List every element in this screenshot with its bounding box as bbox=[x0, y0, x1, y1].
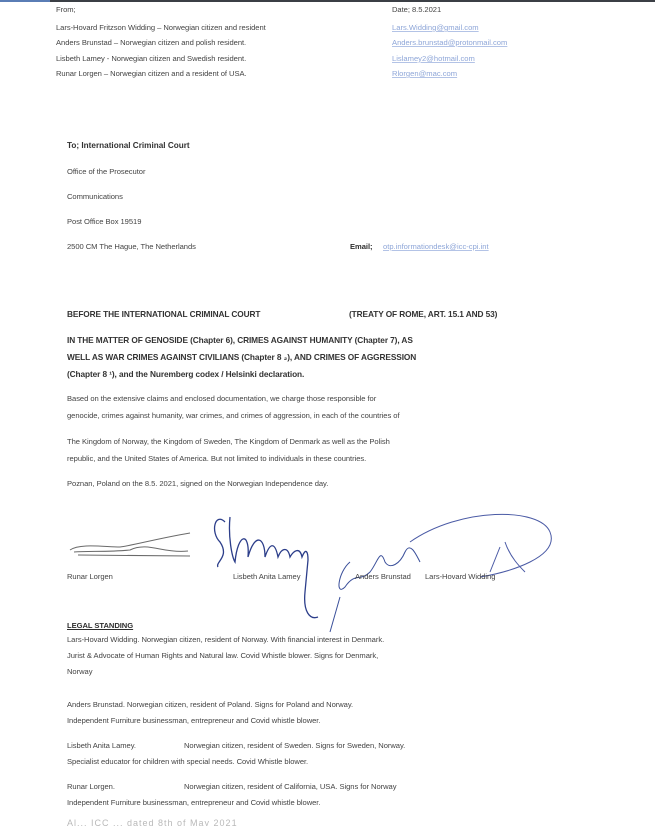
legal-line: Independent Furniture businessman, entre… bbox=[67, 716, 320, 725]
sender-line: Lisbeth Lamey - Norwegian citizen and Sw… bbox=[56, 54, 246, 63]
legal-name: Runar Lorgen. bbox=[67, 782, 115, 791]
date-label: Date; 8.5.2021 bbox=[392, 5, 441, 14]
legal-line: Norwegian citizen, resident of Sweden. S… bbox=[184, 741, 405, 750]
legal-line: Jurist & Advocate of Human Rights and Na… bbox=[67, 651, 378, 660]
body-line: republic, and the United States of Ameri… bbox=[67, 454, 366, 463]
legal-line: Norwegian citizen, resident of Californi… bbox=[184, 782, 396, 791]
sender-email-link[interactable]: Lislamey2@hotmail.com bbox=[392, 54, 475, 63]
signatory-name: Lars-Hovard Widding bbox=[425, 572, 495, 581]
sender-line: Anders Brunstad – Norwegian citizen and … bbox=[56, 38, 246, 47]
recipient-email-link[interactable]: otp.informationdesk@icc-cpi.int bbox=[383, 242, 489, 251]
from-label: From; bbox=[56, 5, 76, 14]
body-line: genocide, crimes against humanity, war c… bbox=[67, 411, 400, 420]
legal-name: Lisbeth Anita Lamey. bbox=[67, 741, 136, 750]
recipient-line: Communications bbox=[67, 192, 123, 201]
body-line: Poznan, Poland on the 8.5. 2021, signed … bbox=[67, 479, 328, 488]
top-border bbox=[0, 0, 655, 2]
recipient-line: Post Office Box 19519 bbox=[67, 217, 141, 226]
sender-email-link[interactable]: Lars.Widding@gmail.com bbox=[392, 23, 479, 32]
email-label: Email; bbox=[350, 242, 373, 251]
body-line: Based on the extensive claims and enclos… bbox=[67, 394, 376, 403]
signature-runar-lorgen bbox=[60, 525, 210, 565]
legal-line: Specialist educator for children with sp… bbox=[67, 757, 308, 766]
legal-line: Norway bbox=[67, 667, 92, 676]
sender-line: Lars-Hovard Fritzson Widding – Norwegian… bbox=[56, 23, 266, 32]
top-border-accent bbox=[0, 0, 50, 2]
signatory-name: Runar Lorgen bbox=[67, 572, 113, 581]
matter-line: (Chapter 8 ¹), and the Nuremberg codex /… bbox=[67, 369, 304, 379]
recipient-line: Office of the Prosecutor bbox=[67, 167, 145, 176]
legal-standing-heading: LEGAL STANDING bbox=[67, 621, 133, 630]
body-line: The Kingdom of Norway, the Kingdom of Sw… bbox=[67, 437, 390, 446]
sender-email-link[interactable]: Rlorgen@mac.com bbox=[392, 69, 457, 78]
legal-line: Anders Brunstad. Norwegian citizen, resi… bbox=[67, 700, 353, 709]
recipient-line: 2500 CM The Hague, The Netherlands bbox=[67, 242, 196, 251]
signatory-name: Anders Brunstad bbox=[355, 572, 411, 581]
treaty-heading: (TREATY OF ROME, ART. 15.1 AND 53) bbox=[349, 309, 497, 319]
sender-line: Runar Lorgen – Norwegian citizen and a r… bbox=[56, 69, 247, 78]
recipient-title: To; International Criminal Court bbox=[67, 141, 190, 150]
legal-line: Independent Furniture businessman, entre… bbox=[67, 798, 320, 807]
signature-group bbox=[210, 502, 630, 627]
signatory-name: Lisbeth Anita Lamey bbox=[233, 572, 300, 581]
matter-line: WELL AS WAR CRIMES AGAINST CIVILIANS (Ch… bbox=[67, 352, 416, 362]
legal-line: Lars-Hovard Widding. Norwegian citizen, … bbox=[67, 635, 384, 644]
matter-line: IN THE MATTER OF GENOSIDE (Chapter 6), C… bbox=[67, 335, 413, 345]
cutoff-line: Al... ICC ... dated 8th of May 2021 bbox=[67, 818, 238, 826]
before-heading: BEFORE THE INTERNATIONAL CRIMINAL COURT bbox=[67, 309, 260, 319]
sender-email-link[interactable]: Anders.brunstad@protonmail.com bbox=[392, 38, 507, 47]
